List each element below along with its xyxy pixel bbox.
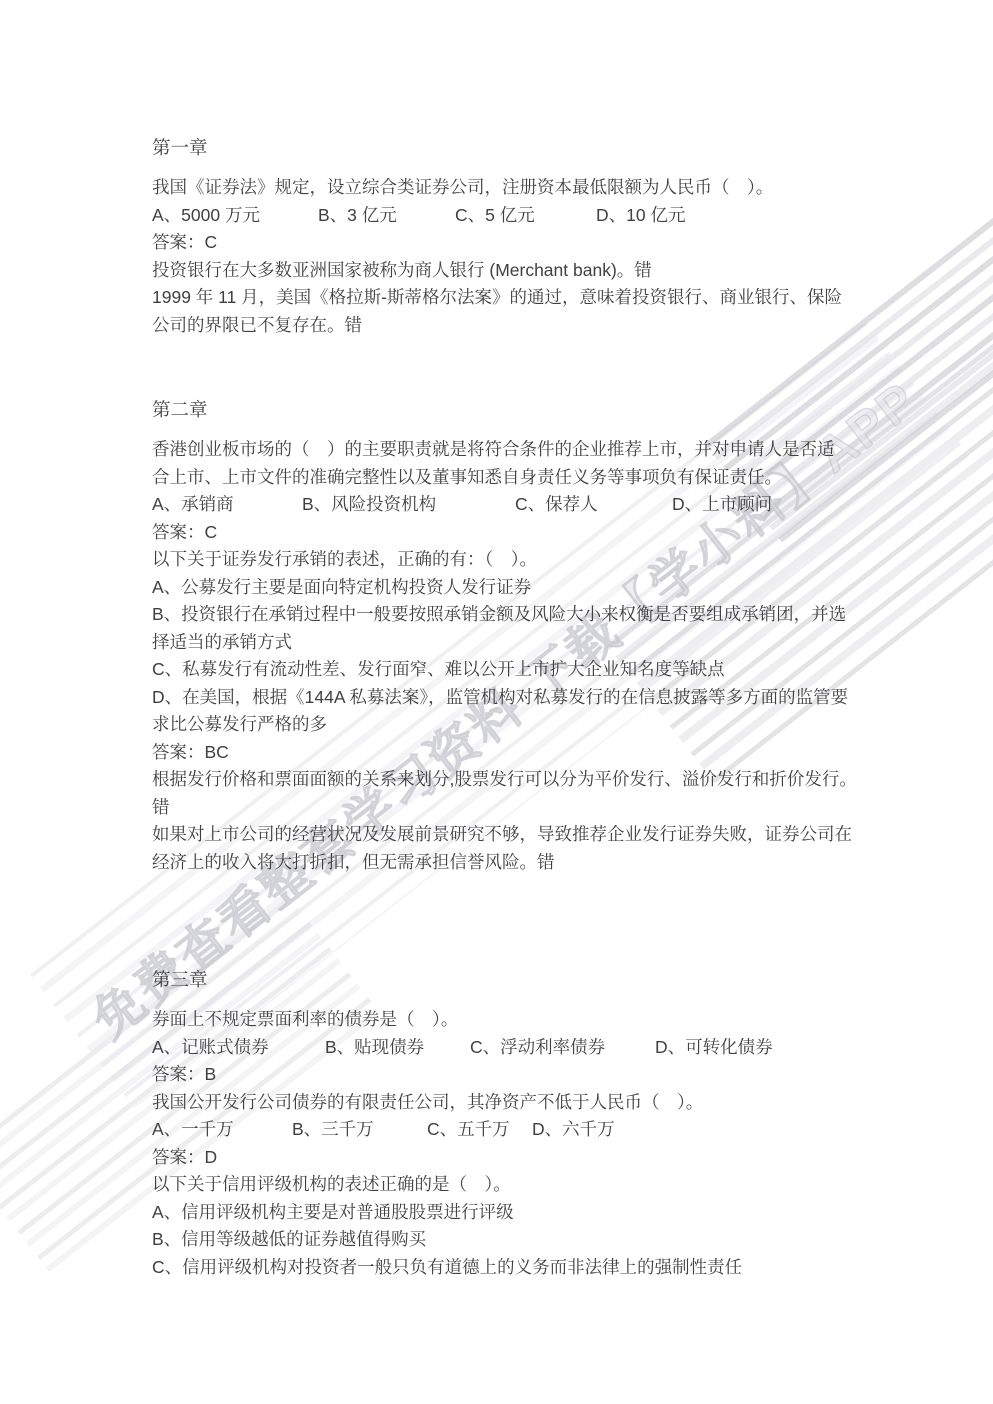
text-line: A、公募发行主要是面向特定机构投资人发行证券 [152, 574, 882, 602]
text-line: 择适当的承销方式 [152, 629, 882, 657]
text-line: 答案：B [152, 1061, 882, 1089]
text-line: 答案：BC [152, 739, 882, 767]
text-line: 合上市、上市文件的准确完整性以及董事知悉自身责任义务等事项负有保证责任。 [152, 464, 882, 492]
text-line: B、投资银行在承销过程中一般要按照承销金额及风险大小来权衡是否要组成承销团，并选 [152, 601, 882, 629]
text-line: B、信用等级越低的证券越值得购买 [152, 1226, 882, 1254]
section: 第一章我国《证券法》规定，设立综合类证券公司，注册资本最低限额为人民币（ ）。A… [152, 136, 882, 339]
option: D、可转化债券 [655, 1034, 773, 1062]
text-line: 我国《证券法》规定，设立综合类证券公司，注册资本最低限额为人民币（ ）。 [152, 174, 882, 202]
text-line: 答案：D [152, 1144, 882, 1172]
document-page: 免费查看整套学习资料 下载【学小料】APP 第一章我国《证券法》规定，设立综合类… [0, 0, 993, 1404]
text-line: 答案：C [152, 519, 882, 547]
options-row: A、承销商B、风险投资机构C、保荐人D、上市顾问 [152, 491, 882, 519]
option: B、风险投资机构 [302, 491, 436, 519]
option: C、5 亿元 [455, 202, 535, 230]
text-line: 如果对上市公司的经营状况及发展前景研究不够，导致推荐企业发行证券失败，证券公司在 [152, 821, 882, 849]
text-line: C、信用评级机构对投资者一般只负有道德上的义务而非法律上的强制性责任 [152, 1254, 882, 1282]
text-line: D、在美国，根据《144A 私募法案》，监管机构对私募发行的在信息披露等多方面的… [152, 684, 882, 712]
option: B、三千万 [292, 1116, 374, 1144]
option: A、一千万 [152, 1116, 234, 1144]
text-line: 以下关于信用评级机构的表述正确的是（ ）。 [152, 1171, 882, 1199]
option: A、5000 万元 [152, 202, 260, 230]
text-line: 答案：C [152, 229, 882, 257]
text-line: 以下关于证券发行承销的表述，正确的有：（ ）。 [152, 546, 882, 574]
text-line: 券面上不规定票面利率的债券是（ ）。 [152, 1006, 882, 1034]
text-line: 香港创业板市场的（ ）的主要职责就是将符合条件的企业推荐上市，并对申请人是否适 [152, 436, 882, 464]
section: 第二章香港创业板市场的（ ）的主要职责就是将符合条件的企业推荐上市，并对申请人是… [152, 398, 882, 876]
option: D、六千万 [532, 1116, 615, 1144]
section-heading: 第一章 [152, 136, 882, 174]
text-line: 1999 年 11 月，美国《格拉斯-斯蒂格尔法案》的通过，意味着投资银行、商业… [152, 284, 882, 312]
option: A、记账式债券 [152, 1034, 269, 1062]
option: B、3 亿元 [318, 202, 397, 230]
text-line: C、私募发行有流动性差、发行面窄、难以公开上市扩大企业知名度等缺点 [152, 656, 882, 684]
text-line: 经济上的收入将大打折扣，但无需承担信誉风险。错 [152, 849, 882, 877]
text-line: 求比公募发行严格的多 [152, 711, 882, 739]
options-row: A、记账式债券B、贴现债券C、浮动利率债券D、可转化债券 [152, 1034, 882, 1062]
text-line: 投资银行在大多数亚洲国家被称为商人银行 (Merchant bank)。错 [152, 257, 882, 285]
option: D、10 亿元 [596, 202, 685, 230]
option: D、上市顾问 [672, 491, 772, 519]
options-row: A、5000 万元B、3 亿元C、5 亿元D、10 亿元 [152, 202, 882, 230]
option: A、承销商 [152, 491, 234, 519]
option: C、保荐人 [515, 491, 598, 519]
text-line: A、信用评级机构主要是对普通股股票进行评级 [152, 1199, 882, 1227]
option: C、五千万 [427, 1116, 510, 1144]
text-line: 根据发行价格和票面面额的关系来划分,股票发行可以分为平价发行、溢价发行和折价发行… [152, 766, 882, 794]
text-line: 我国公开发行公司债券的有限责任公司，其净资产不低于人民币（ ）。 [152, 1089, 882, 1117]
section: 第三章券面上不规定票面利率的债券是（ ）。A、记账式债券B、贴现债券C、浮动利率… [152, 968, 882, 1281]
option: C、浮动利率债券 [470, 1034, 605, 1062]
text-line: 公司的界限已不复存在。错 [152, 312, 882, 340]
section-heading: 第三章 [152, 968, 882, 1006]
options-row: A、一千万B、三千万C、五千万D、六千万 [152, 1116, 882, 1144]
text-line: 错 [152, 794, 882, 822]
section-heading: 第二章 [152, 398, 882, 436]
option: B、贴现债券 [325, 1034, 424, 1062]
